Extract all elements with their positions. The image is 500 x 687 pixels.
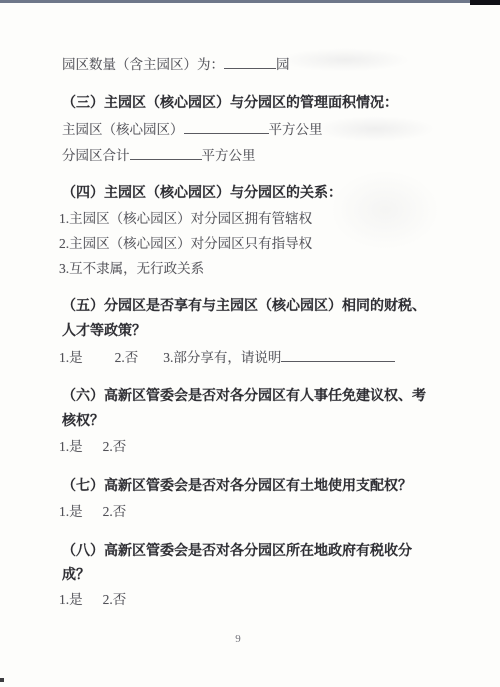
- sub-park-area-unit: 平方公里: [202, 148, 256, 163]
- park-count-unit: 园: [276, 57, 290, 72]
- section6-options-line: 1.是2.否: [59, 438, 126, 456]
- scanned-questionnaire-page: 园区数量（含主园区）为：园 （三）主园区（核心园区）与分园区的管理面积情况： 主…: [0, 0, 500, 687]
- section5-option-yes: 1.是: [59, 350, 83, 365]
- section8-heading-line1: （八）高新区管委会是否对各分园区所在地政府有税收分: [62, 543, 412, 561]
- section5-heading-line2: 人才等政策？: [62, 323, 146, 341]
- partial-policy-explain-blank: [281, 348, 395, 362]
- park-count-blank: [224, 55, 276, 69]
- sub-park-area-line: 分园区合计平方公里: [62, 146, 256, 164]
- section6-option-yes: 1.是: [59, 439, 83, 454]
- section8-option-yes: 1.是: [59, 592, 83, 607]
- section8-option-no: 2.否: [103, 592, 127, 607]
- section4-option1: 1.主园区（核心园区）对分园区拥有管辖权: [59, 210, 312, 228]
- scan-artifact-corner-mark: [470, 0, 500, 5]
- main-park-area-blank: [184, 120, 269, 134]
- scan-smudge: [330, 170, 440, 250]
- section6-heading-line2: 核权？: [62, 413, 104, 431]
- section7-heading: （七）高新区管委会是否对各分园区有土地使用支配权？: [62, 478, 412, 496]
- scan-artifact-top-line: [0, 0, 500, 3]
- section8-heading-line2: 成？: [62, 567, 90, 585]
- section5-option-partial: 3.部分享有，请说明: [163, 350, 281, 365]
- section6-option-no: 2.否: [103, 439, 127, 454]
- section7-option-yes: 1.是: [59, 504, 83, 519]
- section3-heading: （三）主园区（核心园区）与分园区的管理面积情况：: [62, 95, 398, 113]
- section4-heading: （四）主园区（核心园区）与分园区的关系：: [62, 185, 342, 203]
- scan-smudge: [315, 116, 435, 142]
- section4-option2: 2.主园区（核心园区）对分园区只有指导权: [59, 235, 312, 253]
- main-park-area-unit: 平方公里: [269, 122, 323, 137]
- sub-park-area-label: 分园区合计: [62, 148, 130, 163]
- section5-option-no: 2.否: [115, 350, 139, 365]
- scan-smudge: [280, 48, 410, 72]
- section8-options-line: 1.是2.否: [59, 591, 126, 609]
- park-count-label: 园区数量（含主园区）为：: [62, 57, 224, 72]
- section7-options-line: 1.是2.否: [59, 503, 126, 521]
- park-count-line: 园区数量（含主园区）为：园: [62, 55, 290, 73]
- sub-park-area-blank: [130, 146, 202, 160]
- section6-heading-line1: （六）高新区管委会是否对各分园区有人事任免建议权、考: [62, 388, 426, 406]
- section5-heading-line1: （五）分园区是否享有与主园区（核心园区）相同的财税、: [62, 298, 426, 316]
- scan-artifact-dot: [0, 678, 4, 682]
- section7-option-no: 2.否: [103, 504, 127, 519]
- page-number: 9: [228, 633, 248, 645]
- main-park-area-label: 主园区（核心园区）: [62, 122, 184, 137]
- section4-option3: 3.互不隶属，无行政关系: [59, 260, 204, 278]
- main-park-area-line: 主园区（核心园区）平方公里: [62, 120, 323, 138]
- section5-options-line: 1.是2.否3.部分享有，请说明: [59, 348, 395, 366]
